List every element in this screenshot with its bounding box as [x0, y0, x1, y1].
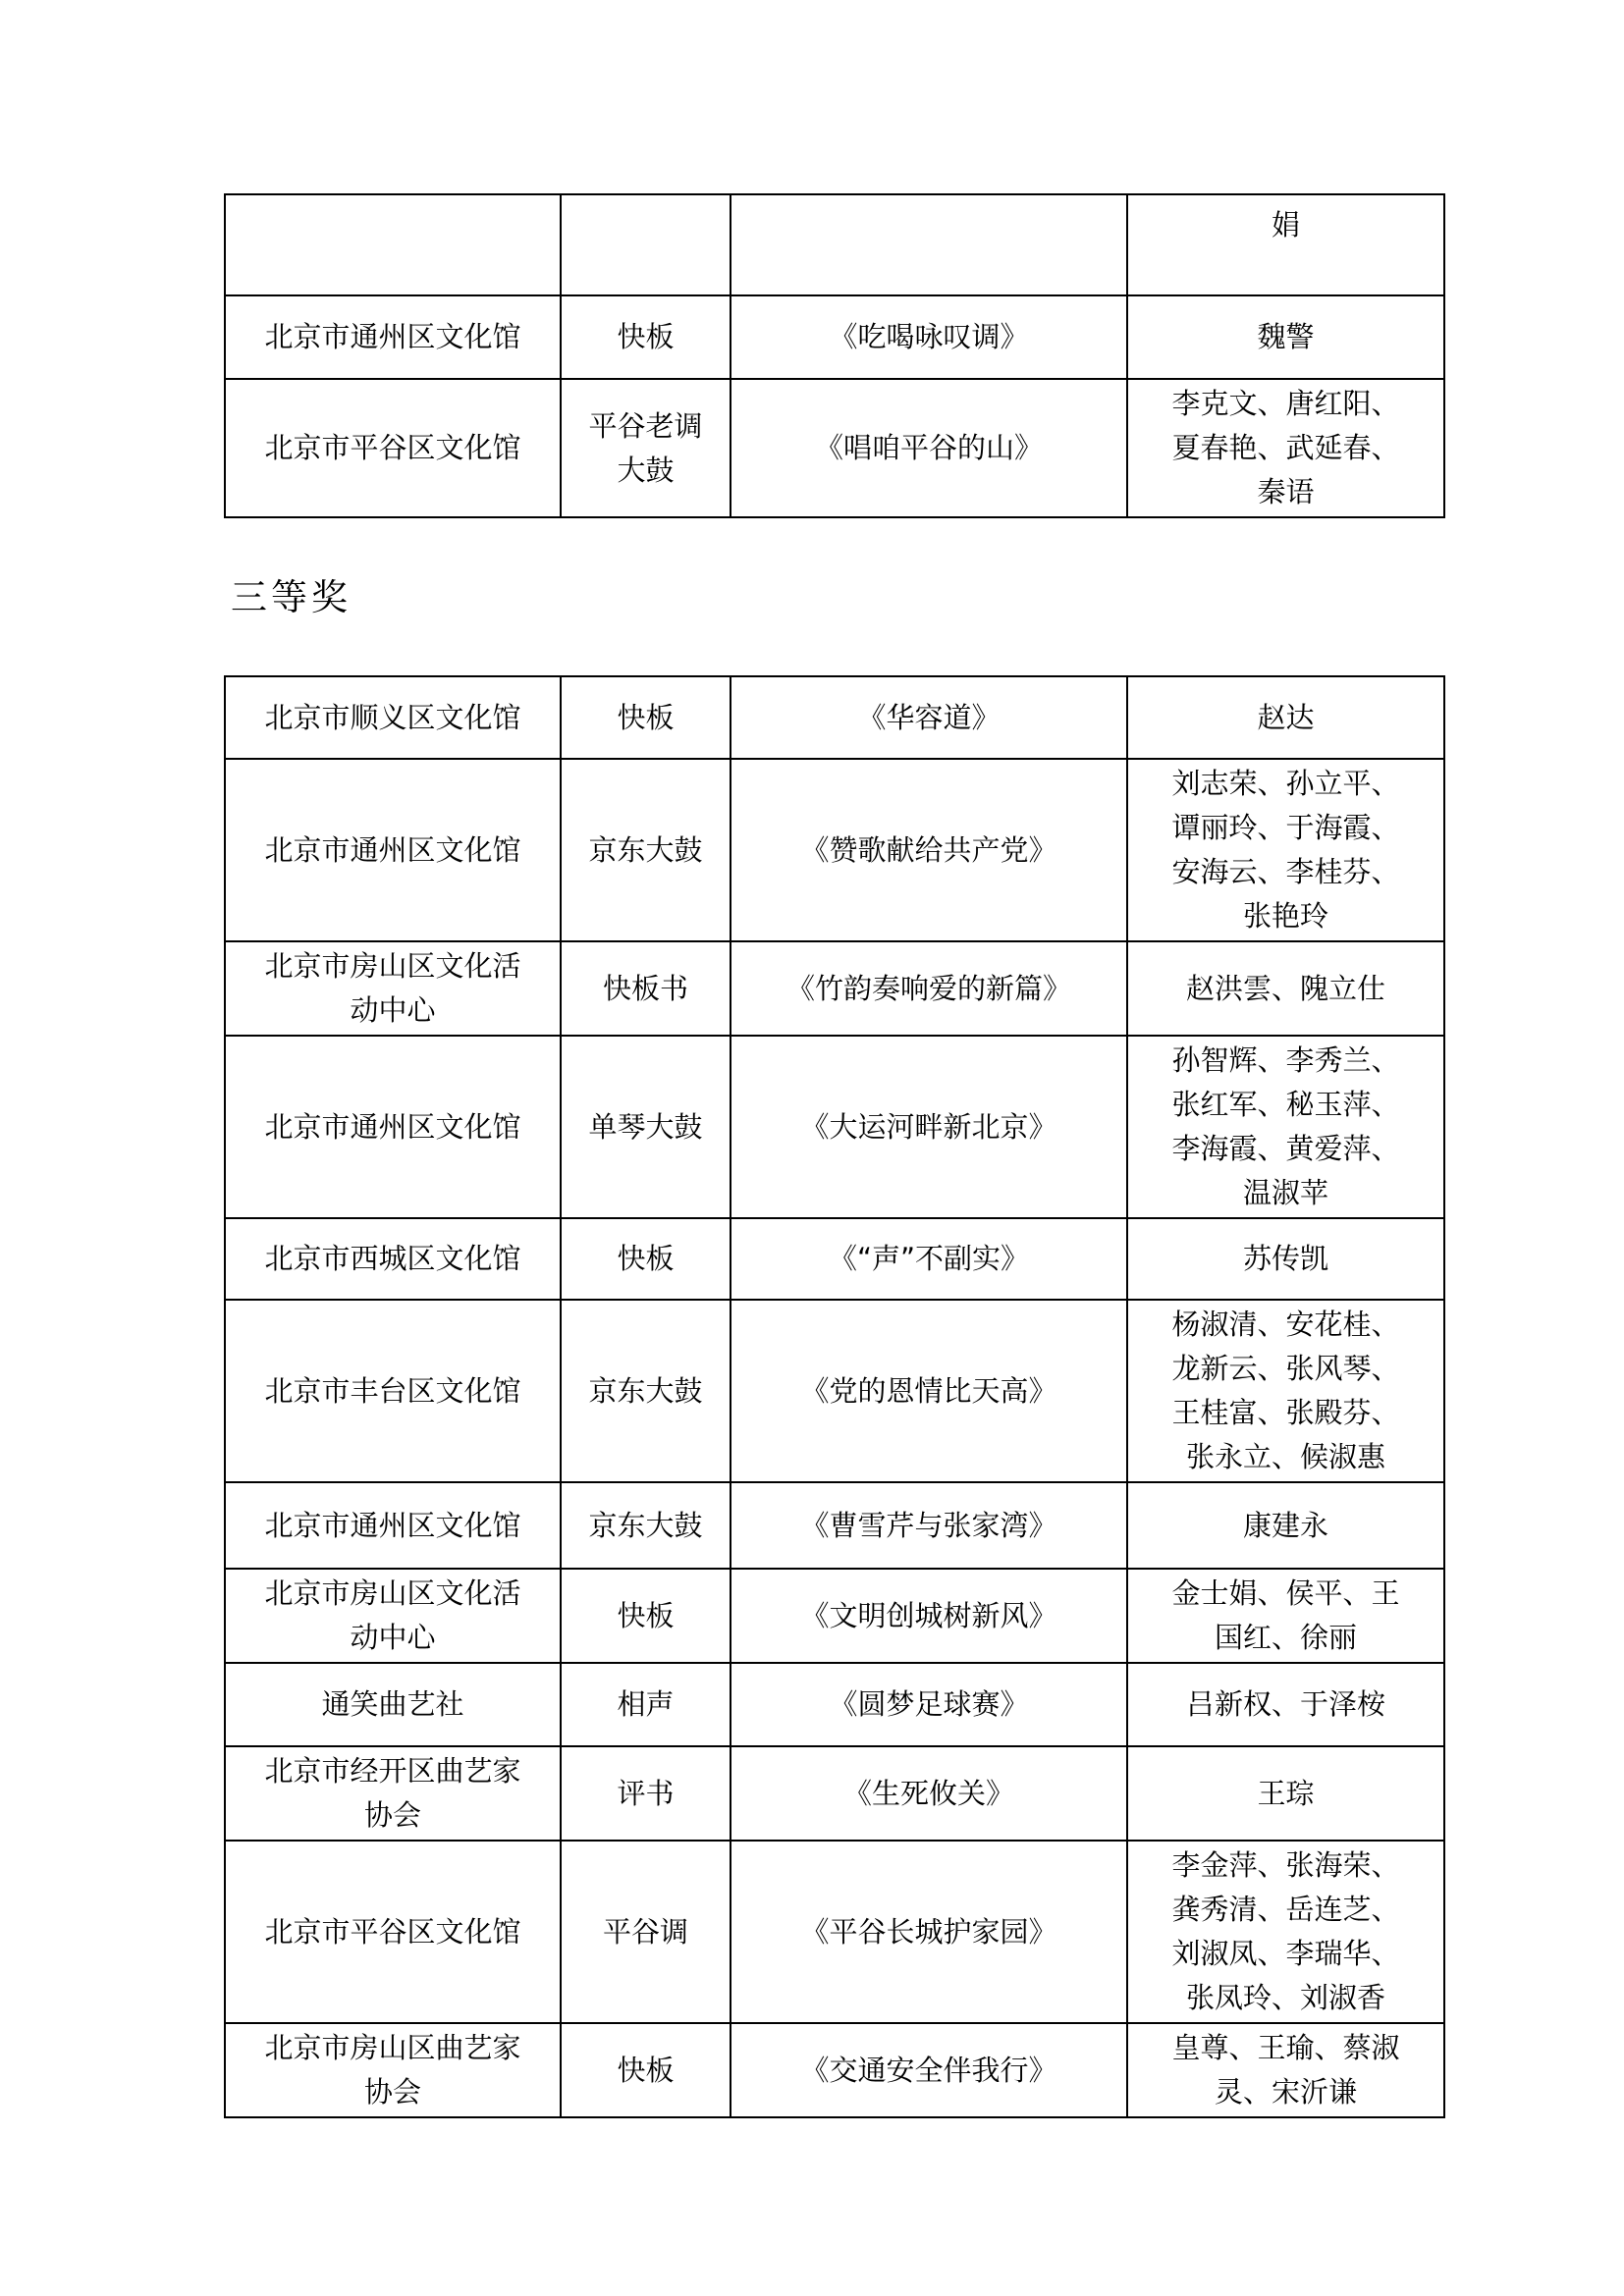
- title-cell: 《“声”不副实》: [731, 1218, 1127, 1300]
- table-row: 北京市通州区文化馆 京东大鼓 《赞歌献给共产党》 刘志荣、孙立平、谭丽玲、于海霞…: [225, 759, 1444, 941]
- table-row: 北京市房山区文化活动中心 快板 《文明创城树新风》 金士娟、侯平、王国红、徐丽: [225, 1569, 1444, 1663]
- form-cell: 京东大鼓: [561, 1482, 731, 1569]
- form-cell: 单琴大鼓: [561, 1036, 731, 1218]
- org-cell: 北京市房山区文化活动中心: [225, 941, 561, 1036]
- table-row: 娟: [225, 194, 1444, 295]
- title-cell: 《圆梦足球赛》: [731, 1663, 1127, 1746]
- table-row: 北京市平谷区文化馆 平谷老调大鼓 《唱咱平谷的山》 李克文、唐红阳、夏春艳、武延…: [225, 379, 1444, 517]
- performers-cell: 吕新权、于泽桉: [1127, 1663, 1444, 1746]
- org-cell: 北京市房山区曲艺家协会: [225, 2023, 561, 2117]
- table-row: 北京市通州区文化馆 单琴大鼓 《大运河畔新北京》 孙智辉、李秀兰、张红军、秘玉萍…: [225, 1036, 1444, 1218]
- form-cell: 快板: [561, 2023, 731, 2117]
- table-row: 北京市通州区文化馆 快板 《吃喝咏叹调》 魏警: [225, 295, 1444, 379]
- org-cell: 通笑曲艺社: [225, 1663, 561, 1746]
- table-row: 北京市平谷区文化馆 平谷调 《平谷长城护家园》 李金萍、张海荣、龚秀清、岳连芝、…: [225, 1841, 1444, 2023]
- org-cell: 北京市丰台区文化馆: [225, 1300, 561, 1482]
- title-cell: 《党的恩情比天高》: [731, 1300, 1127, 1482]
- table-row: 北京市通州区文化馆 京东大鼓 《曹雪芹与张家湾》 康建永: [225, 1482, 1444, 1569]
- org-cell: 北京市通州区文化馆: [225, 1036, 561, 1218]
- performers-cell: 娟: [1127, 194, 1444, 295]
- form-cell: [561, 194, 731, 295]
- performers-cell: 刘志荣、孙立平、谭丽玲、于海霞、安海云、李桂芬、张艳玲: [1127, 759, 1444, 941]
- form-cell: 相声: [561, 1663, 731, 1746]
- performers-cell: 康建永: [1127, 1482, 1444, 1569]
- table-row: 通笑曲艺社 相声 《圆梦足球赛》 吕新权、于泽桉: [225, 1663, 1444, 1746]
- table-row: 北京市西城区文化馆 快板 《“声”不副实》 苏传凯: [225, 1218, 1444, 1300]
- title-cell: 《赞歌献给共产党》: [731, 759, 1127, 941]
- title-cell: 《吃喝咏叹调》: [731, 295, 1127, 379]
- performers-cell: 李金萍、张海荣、龚秀清、岳连芝、刘淑凤、李瑞华、张凤玲、刘淑香: [1127, 1841, 1444, 2023]
- form-cell: 京东大鼓: [561, 1300, 731, 1482]
- performers-cell: 魏警: [1127, 295, 1444, 379]
- table-row: 北京市丰台区文化馆 京东大鼓 《党的恩情比天高》 杨淑清、安花桂、龙新云、张风琴…: [225, 1300, 1444, 1482]
- form-cell: 快板: [561, 295, 731, 379]
- title-cell: 《竹韵奏响爱的新篇》: [731, 941, 1127, 1036]
- org-cell: 北京市通州区文化馆: [225, 295, 561, 379]
- title-cell: 《交通安全伴我行》: [731, 2023, 1127, 2117]
- document-page: 娟 北京市通州区文化馆 快板 《吃喝咏叹调》 魏警 北京市平谷区文化馆 平谷老调…: [0, 0, 1624, 2296]
- org-cell: 北京市平谷区文化馆: [225, 1841, 561, 2023]
- form-cell: 快板: [561, 1569, 731, 1663]
- form-cell: 平谷老调大鼓: [561, 379, 731, 517]
- table-row: 北京市房山区文化活动中心 快板书 《竹韵奏响爱的新篇》 赵洪雲、隗立仕: [225, 941, 1444, 1036]
- org-cell: [225, 194, 561, 295]
- org-cell: 北京市平谷区文化馆: [225, 379, 561, 517]
- performers-cell: 孙智辉、李秀兰、张红军、秘玉萍、李海霞、黄爱萍、温淑苹: [1127, 1036, 1444, 1218]
- title-cell: 《曹雪芹与张家湾》: [731, 1482, 1127, 1569]
- title-cell: [731, 194, 1127, 295]
- performers-cell: 赵达: [1127, 676, 1444, 759]
- continuation-table: 娟 北京市通州区文化馆 快板 《吃喝咏叹调》 魏警 北京市平谷区文化馆 平谷老调…: [224, 193, 1445, 518]
- title-cell: 《大运河畔新北京》: [731, 1036, 1127, 1218]
- table-row: 北京市顺义区文化馆 快板 《华容道》 赵达: [225, 676, 1444, 759]
- form-cell: 评书: [561, 1746, 731, 1841]
- table-row: 北京市房山区曲艺家协会 快板 《交通安全伴我行》 皇尊、王瑜、蔡淑灵、宋沂谦: [225, 2023, 1444, 2117]
- form-cell: 快板: [561, 1218, 731, 1300]
- form-cell: 平谷调: [561, 1841, 731, 2023]
- title-cell: 《华容道》: [731, 676, 1127, 759]
- form-cell: 快板: [561, 676, 731, 759]
- form-cell: 快板书: [561, 941, 731, 1036]
- title-cell: 《平谷长城护家园》: [731, 1841, 1127, 2023]
- org-cell: 北京市通州区文化馆: [225, 1482, 561, 1569]
- form-cell: 京东大鼓: [561, 759, 731, 941]
- org-cell: 北京市通州区文化馆: [225, 759, 561, 941]
- performers-cell: 王琮: [1127, 1746, 1444, 1841]
- title-cell: 《文明创城树新风》: [731, 1569, 1127, 1663]
- performers-cell: 皇尊、王瑜、蔡淑灵、宋沂谦: [1127, 2023, 1444, 2117]
- org-cell: 北京市顺义区文化馆: [225, 676, 561, 759]
- performers-cell: 李克文、唐红阳、夏春艳、武延春、秦语: [1127, 379, 1444, 517]
- title-cell: 《唱咱平谷的山》: [731, 379, 1127, 517]
- performers-cell: 赵洪雲、隗立仕: [1127, 941, 1444, 1036]
- performers-cell: 金士娟、侯平、王国红、徐丽: [1127, 1569, 1444, 1663]
- table-row: 北京市经开区曲艺家协会 评书 《生死攸关》 王琮: [225, 1746, 1444, 1841]
- performers-cell: 苏传凯: [1127, 1218, 1444, 1300]
- org-cell: 北京市房山区文化活动中心: [225, 1569, 561, 1663]
- section-heading: 三等奖: [231, 567, 352, 620]
- org-cell: 北京市经开区曲艺家协会: [225, 1746, 561, 1841]
- org-cell: 北京市西城区文化馆: [225, 1218, 561, 1300]
- performers-cell: 杨淑清、安花桂、龙新云、张风琴、王桂富、张殿芬、张永立、候淑惠: [1127, 1300, 1444, 1482]
- third-prize-table: 北京市顺义区文化馆 快板 《华容道》 赵达 北京市通州区文化馆 京东大鼓 《赞歌…: [224, 675, 1445, 2118]
- title-cell: 《生死攸关》: [731, 1746, 1127, 1841]
